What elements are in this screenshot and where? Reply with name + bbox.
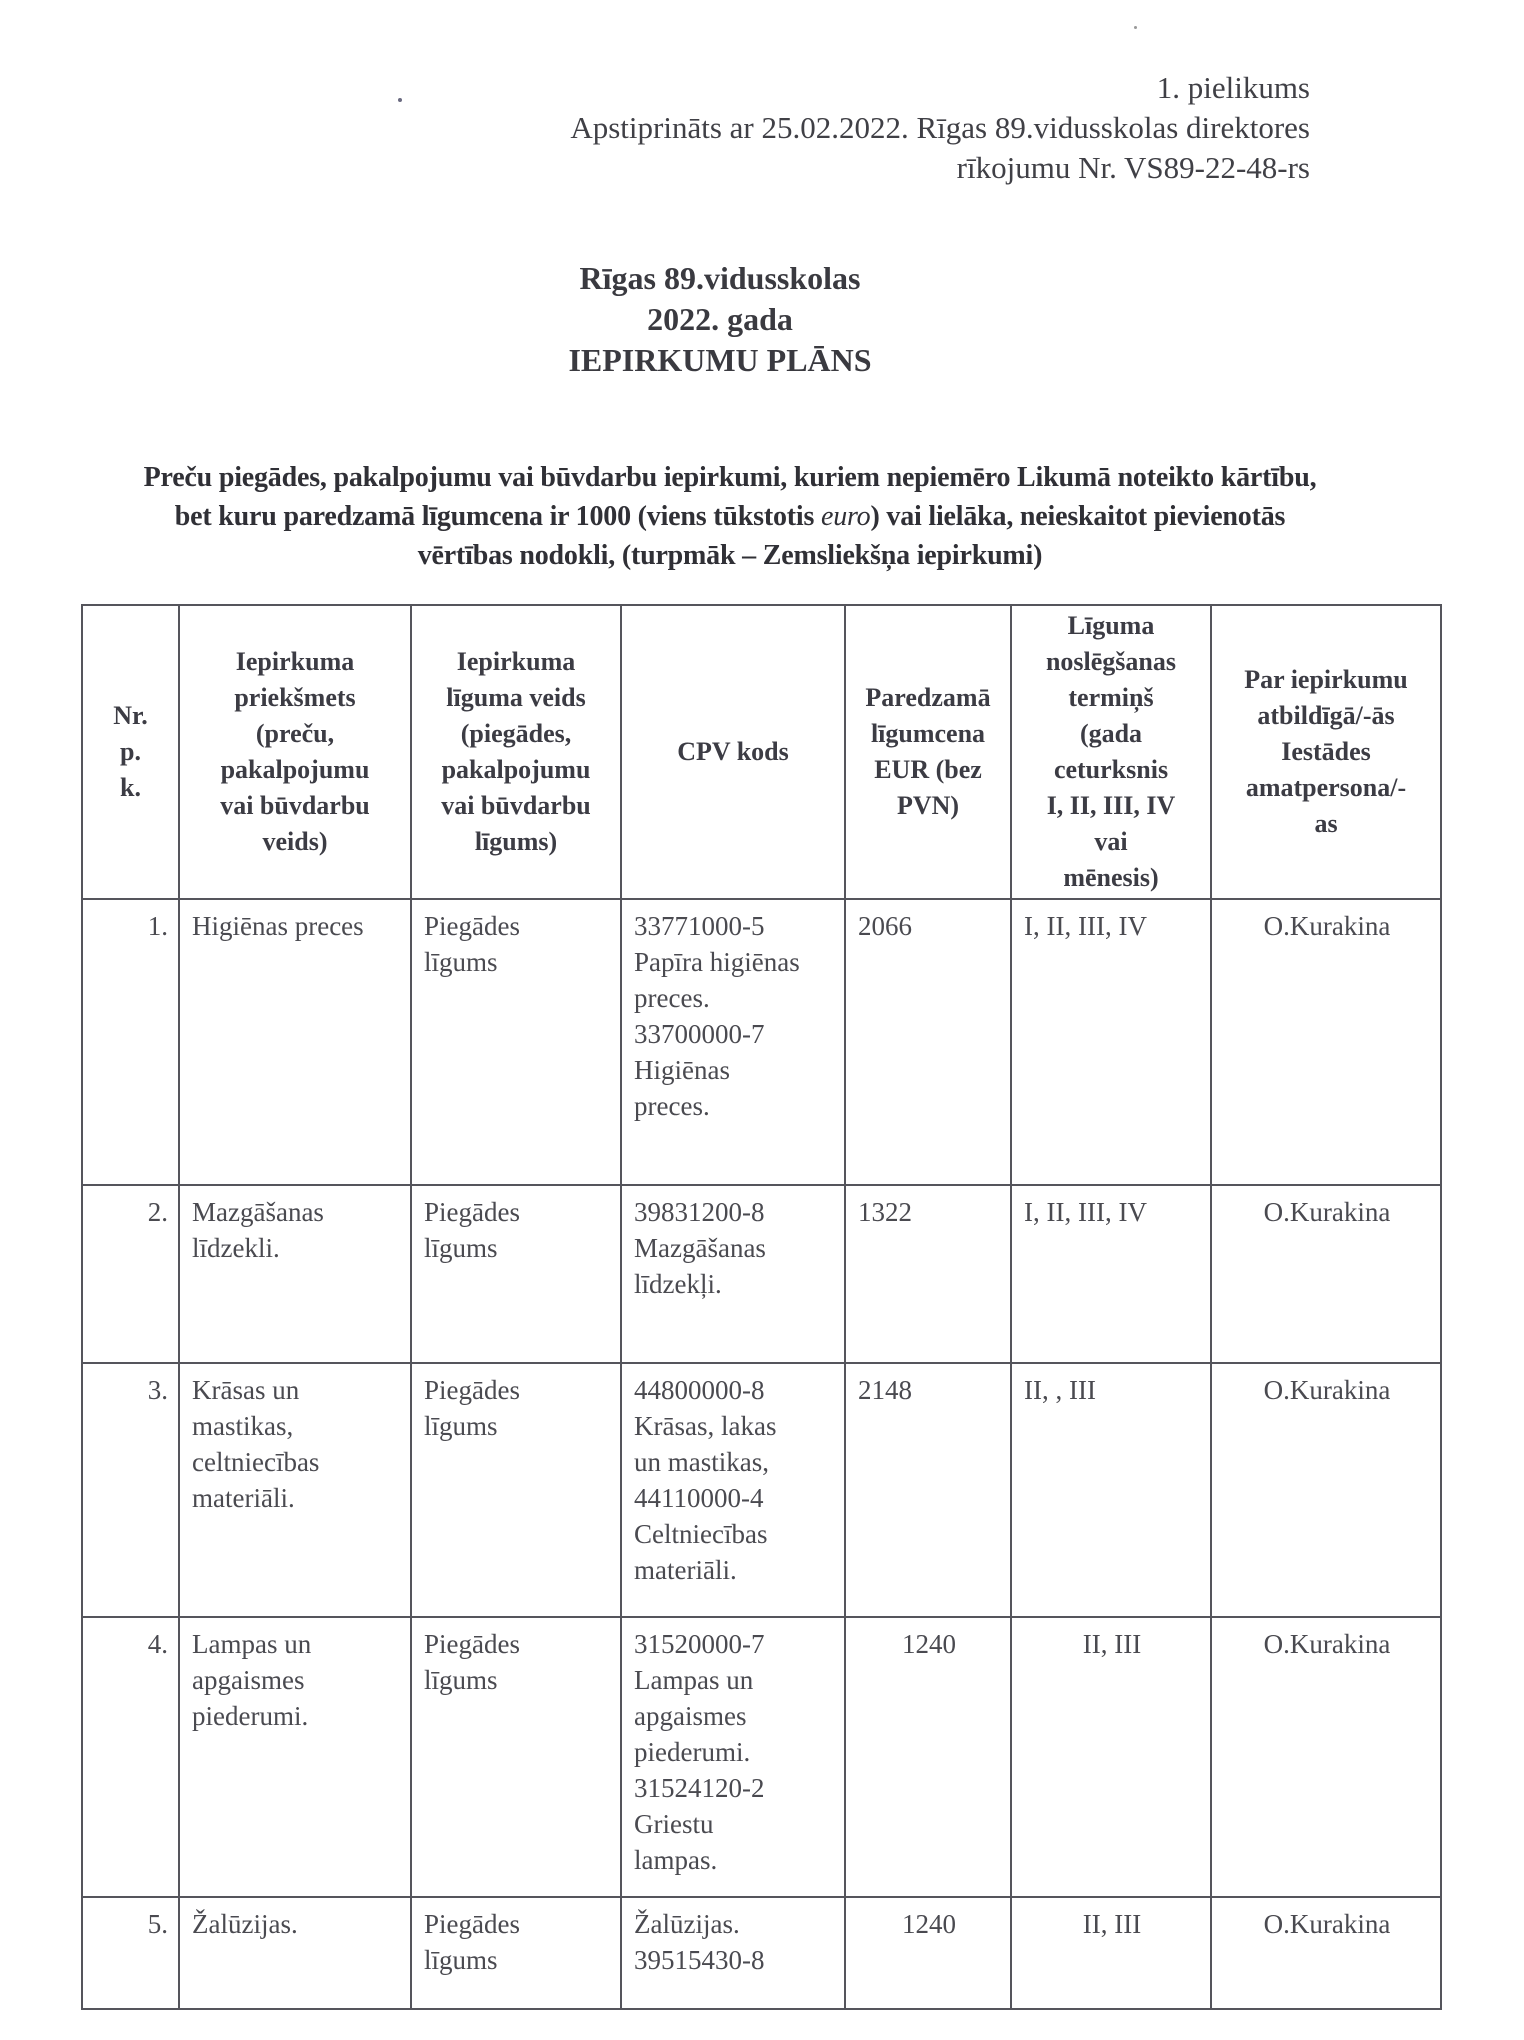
- cell-line: un mastikas,: [634, 1444, 834, 1480]
- cell-line: Piegādes: [424, 1194, 610, 1230]
- cell-price: 1240: [845, 1617, 1011, 1897]
- cell-line: Mazgāšanas: [634, 1230, 834, 1266]
- approval-line: Apstiprināts ar 25.02.2022. Rīgas 89.vid…: [570, 108, 1310, 148]
- cell-subject: Žalūzijas.: [179, 1897, 411, 2009]
- header-line: as: [1216, 806, 1436, 842]
- header-line: līguma veids: [416, 680, 616, 716]
- document-title: Rīgas 89.vidusskolas 2022. gada IEPIRKUM…: [0, 258, 1440, 381]
- cell-cpv: 39831200-8Mazgāšanaslīdzekļi.: [621, 1185, 845, 1363]
- header-line: p.: [87, 734, 174, 770]
- header-line: noslēgšanas: [1016, 644, 1206, 680]
- cell-responsible: O.Kurakina: [1211, 1185, 1441, 1363]
- cell-cpv: Žalūzijas.39515430-8: [621, 1897, 845, 2009]
- cell-line: 39515430-8: [634, 1942, 834, 1978]
- cell-line: Celtniecības: [634, 1516, 834, 1552]
- header-line: veids): [184, 824, 406, 860]
- cell-line: mastikas,: [192, 1408, 400, 1444]
- header-line: Līguma: [1016, 608, 1206, 644]
- header-line: pakalpojumu: [184, 752, 406, 788]
- cell-nr: 3.: [82, 1363, 179, 1617]
- cell-line: materiāli.: [192, 1480, 400, 1516]
- cell-line: piederumi.: [634, 1734, 834, 1770]
- cell-line: Krāsas un: [192, 1372, 400, 1408]
- table-row: 1.Higiēnas precesPiegādeslīgums33771000-…: [82, 899, 1441, 1185]
- header-term: Līgumanoslēgšanastermiņš(gadaceturksnisI…: [1011, 605, 1211, 899]
- cell-nr: 4.: [82, 1617, 179, 1897]
- cell-line: līdzekli.: [192, 1230, 400, 1266]
- cell-subject: Lampas unapgaismespiederumi.: [179, 1617, 411, 1897]
- table-header-row: Nr.p.k.Iepirkumapriekšmets(preču,pakalpo…: [82, 605, 1441, 899]
- cell-line: preces.: [634, 980, 834, 1016]
- cell-line: Higiēnas: [634, 1052, 834, 1088]
- cell-line: Piegādes: [424, 908, 610, 944]
- cell-line: līgums: [424, 1230, 610, 1266]
- cell-term: I, II, III, IV: [1011, 1185, 1211, 1363]
- plan-title: IEPIRKUMU PLĀNS: [0, 340, 1440, 381]
- cell-line: Krāsas, lakas: [634, 1408, 834, 1444]
- cell-term: I, II, III, IV: [1011, 899, 1211, 1185]
- header-subject: Iepirkumapriekšmets(preču,pakalpojumuvai…: [179, 605, 411, 899]
- cell-cpv: 31520000-7Lampas unapgaismespiederumi.31…: [621, 1617, 845, 1897]
- header-line: priekšmets: [184, 680, 406, 716]
- header-line: atbildīgā/-ās: [1216, 698, 1436, 734]
- header-line: Paredzamā: [850, 680, 1006, 716]
- cell-price: 2148: [845, 1363, 1011, 1617]
- cell-line: līgums: [424, 1942, 610, 1978]
- annex-header: 1. pielikums Apstiprināts ar 25.02.2022.…: [570, 68, 1310, 188]
- cell-contract-type: Piegādeslīgums: [411, 1185, 621, 1363]
- header-responsible: Par iepirkumuatbildīgā/-āsIestādesamatpe…: [1211, 605, 1441, 899]
- cell-line: līdzekļi.: [634, 1266, 834, 1302]
- header-line: CPV kods: [626, 734, 840, 770]
- cell-line: Žalūzijas.: [192, 1906, 400, 1942]
- header-line: ceturksnis: [1016, 752, 1206, 788]
- header-line: (piegādes,: [416, 716, 616, 752]
- header-line: Iepirkuma: [184, 644, 406, 680]
- cell-nr: 5.: [82, 1897, 179, 2009]
- cell-line: Papīra higiēnas: [634, 944, 834, 980]
- cell-subject: Krāsas unmastikas,celtniecībasmateriāli.: [179, 1363, 411, 1617]
- cell-cpv: 33771000-5Papīra higiēnaspreces.33700000…: [621, 899, 845, 1185]
- header-line: Iestādes: [1216, 734, 1436, 770]
- header-line: EUR (bez: [850, 752, 1006, 788]
- cell-contract-type: Piegādeslīgums: [411, 899, 621, 1185]
- cell-line: 33771000-5: [634, 908, 834, 944]
- cell-line: 31524120-2: [634, 1770, 834, 1806]
- cell-line: Griestu: [634, 1806, 834, 1842]
- cell-line: Lampas un: [634, 1662, 834, 1698]
- cell-contract-type: Piegādeslīgums: [411, 1617, 621, 1897]
- table-row: 4.Lampas unapgaismespiederumi.Piegādeslī…: [82, 1617, 1441, 1897]
- table-row: 5.Žalūzijas.PiegādeslīgumsŽalūzijas.3951…: [82, 1897, 1441, 2009]
- cell-line: apgaismes: [634, 1698, 834, 1734]
- cell-line: 31520000-7: [634, 1626, 834, 1662]
- header-line: (gada: [1016, 716, 1206, 752]
- header-line: (preču,: [184, 716, 406, 752]
- header-line: Par iepirkumu: [1216, 662, 1436, 698]
- header-nr: Nr.p.k.: [82, 605, 179, 899]
- cell-term: II, III: [1011, 1617, 1211, 1897]
- cell-line: Higiēnas preces: [192, 908, 400, 944]
- header-line: vai būvdarbu: [416, 788, 616, 824]
- header-line: mēnesis): [1016, 860, 1206, 896]
- cell-line: Mazgāšanas: [192, 1194, 400, 1230]
- cell-line: piederumi.: [192, 1698, 400, 1734]
- cell-subject: Higiēnas preces: [179, 899, 411, 1185]
- header-line: PVN): [850, 788, 1006, 824]
- header-contract-type: Iepirkumalīguma veids(piegādes,pakalpoju…: [411, 605, 621, 899]
- order-number: rīkojumu Nr. VS89-22-48-rs: [570, 148, 1310, 188]
- header-line: I, II, III, IV: [1016, 788, 1206, 824]
- annex-number: 1. pielikums: [570, 68, 1310, 108]
- header-line: vai: [1016, 824, 1206, 860]
- cell-responsible: O.Kurakina: [1211, 1617, 1441, 1897]
- cell-line: preces.: [634, 1088, 834, 1124]
- header-line: amatpersona/-: [1216, 770, 1436, 806]
- table-row: 3.Krāsas unmastikas,celtniecībasmateriāl…: [82, 1363, 1441, 1617]
- header-line: vai būvdarbu: [184, 788, 406, 824]
- scan-speck: [398, 98, 402, 102]
- cell-responsible: O.Kurakina: [1211, 1363, 1441, 1617]
- cell-line: Piegādes: [424, 1906, 610, 1942]
- cell-term: II, , III: [1011, 1363, 1211, 1617]
- cell-line: lampas.: [634, 1842, 834, 1878]
- cell-price: 1322: [845, 1185, 1011, 1363]
- description-italic: euro: [821, 501, 871, 532]
- header-price: ParedzamālīgumcenaEUR (bezPVN): [845, 605, 1011, 899]
- plan-description: Preču piegādes, pakalpojumu vai būvdarbu…: [130, 458, 1330, 575]
- cell-line: materiāli.: [634, 1552, 834, 1588]
- header-line: termiņš: [1016, 680, 1206, 716]
- header-line: Nr.: [87, 698, 174, 734]
- procurement-plan-table: Nr.p.k.Iepirkumapriekšmets(preču,pakalpo…: [81, 604, 1442, 2010]
- cell-line: līgums: [424, 1662, 610, 1698]
- header-line: līgums): [416, 824, 616, 860]
- cell-line: Lampas un: [192, 1626, 400, 1662]
- cell-line: 33700000-7: [634, 1016, 834, 1052]
- table-row: 2.Mazgāšanaslīdzekli.Piegādeslīgums39831…: [82, 1185, 1441, 1363]
- cell-term: II, III: [1011, 1897, 1211, 2009]
- cell-line: 39831200-8: [634, 1194, 834, 1230]
- scan-speck: [1134, 26, 1137, 29]
- cell-line: Piegādes: [424, 1372, 610, 1408]
- cell-nr: 2.: [82, 1185, 179, 1363]
- header-line: pakalpojumu: [416, 752, 616, 788]
- cell-nr: 1.: [82, 899, 179, 1185]
- cell-line: celtniecības: [192, 1444, 400, 1480]
- cell-line: līgums: [424, 944, 610, 980]
- cell-line: 44800000-8: [634, 1372, 834, 1408]
- school-name: Rīgas 89.vidusskolas: [0, 258, 1440, 299]
- cell-line: apgaismes: [192, 1662, 400, 1698]
- cell-contract-type: Piegādeslīgums: [411, 1363, 621, 1617]
- cell-price: 2066: [845, 899, 1011, 1185]
- cell-contract-type: Piegādeslīgums: [411, 1897, 621, 2009]
- cell-line: līgums: [424, 1408, 610, 1444]
- cell-line: Piegādes: [424, 1626, 610, 1662]
- header-line: līgumcena: [850, 716, 1006, 752]
- header-line: Iepirkuma: [416, 644, 616, 680]
- cell-line: Žalūzijas.: [634, 1906, 834, 1942]
- cell-responsible: O.Kurakina: [1211, 1897, 1441, 2009]
- cell-responsible: O.Kurakina: [1211, 899, 1441, 1185]
- cell-line: 44110000-4: [634, 1480, 834, 1516]
- cell-subject: Mazgāšanaslīdzekli.: [179, 1185, 411, 1363]
- header-cpv: CPV kods: [621, 605, 845, 899]
- plan-year: 2022. gada: [0, 299, 1440, 340]
- cell-cpv: 44800000-8Krāsas, lakasun mastikas,44110…: [621, 1363, 845, 1617]
- cell-price: 1240: [845, 1897, 1011, 2009]
- header-line: k.: [87, 770, 174, 806]
